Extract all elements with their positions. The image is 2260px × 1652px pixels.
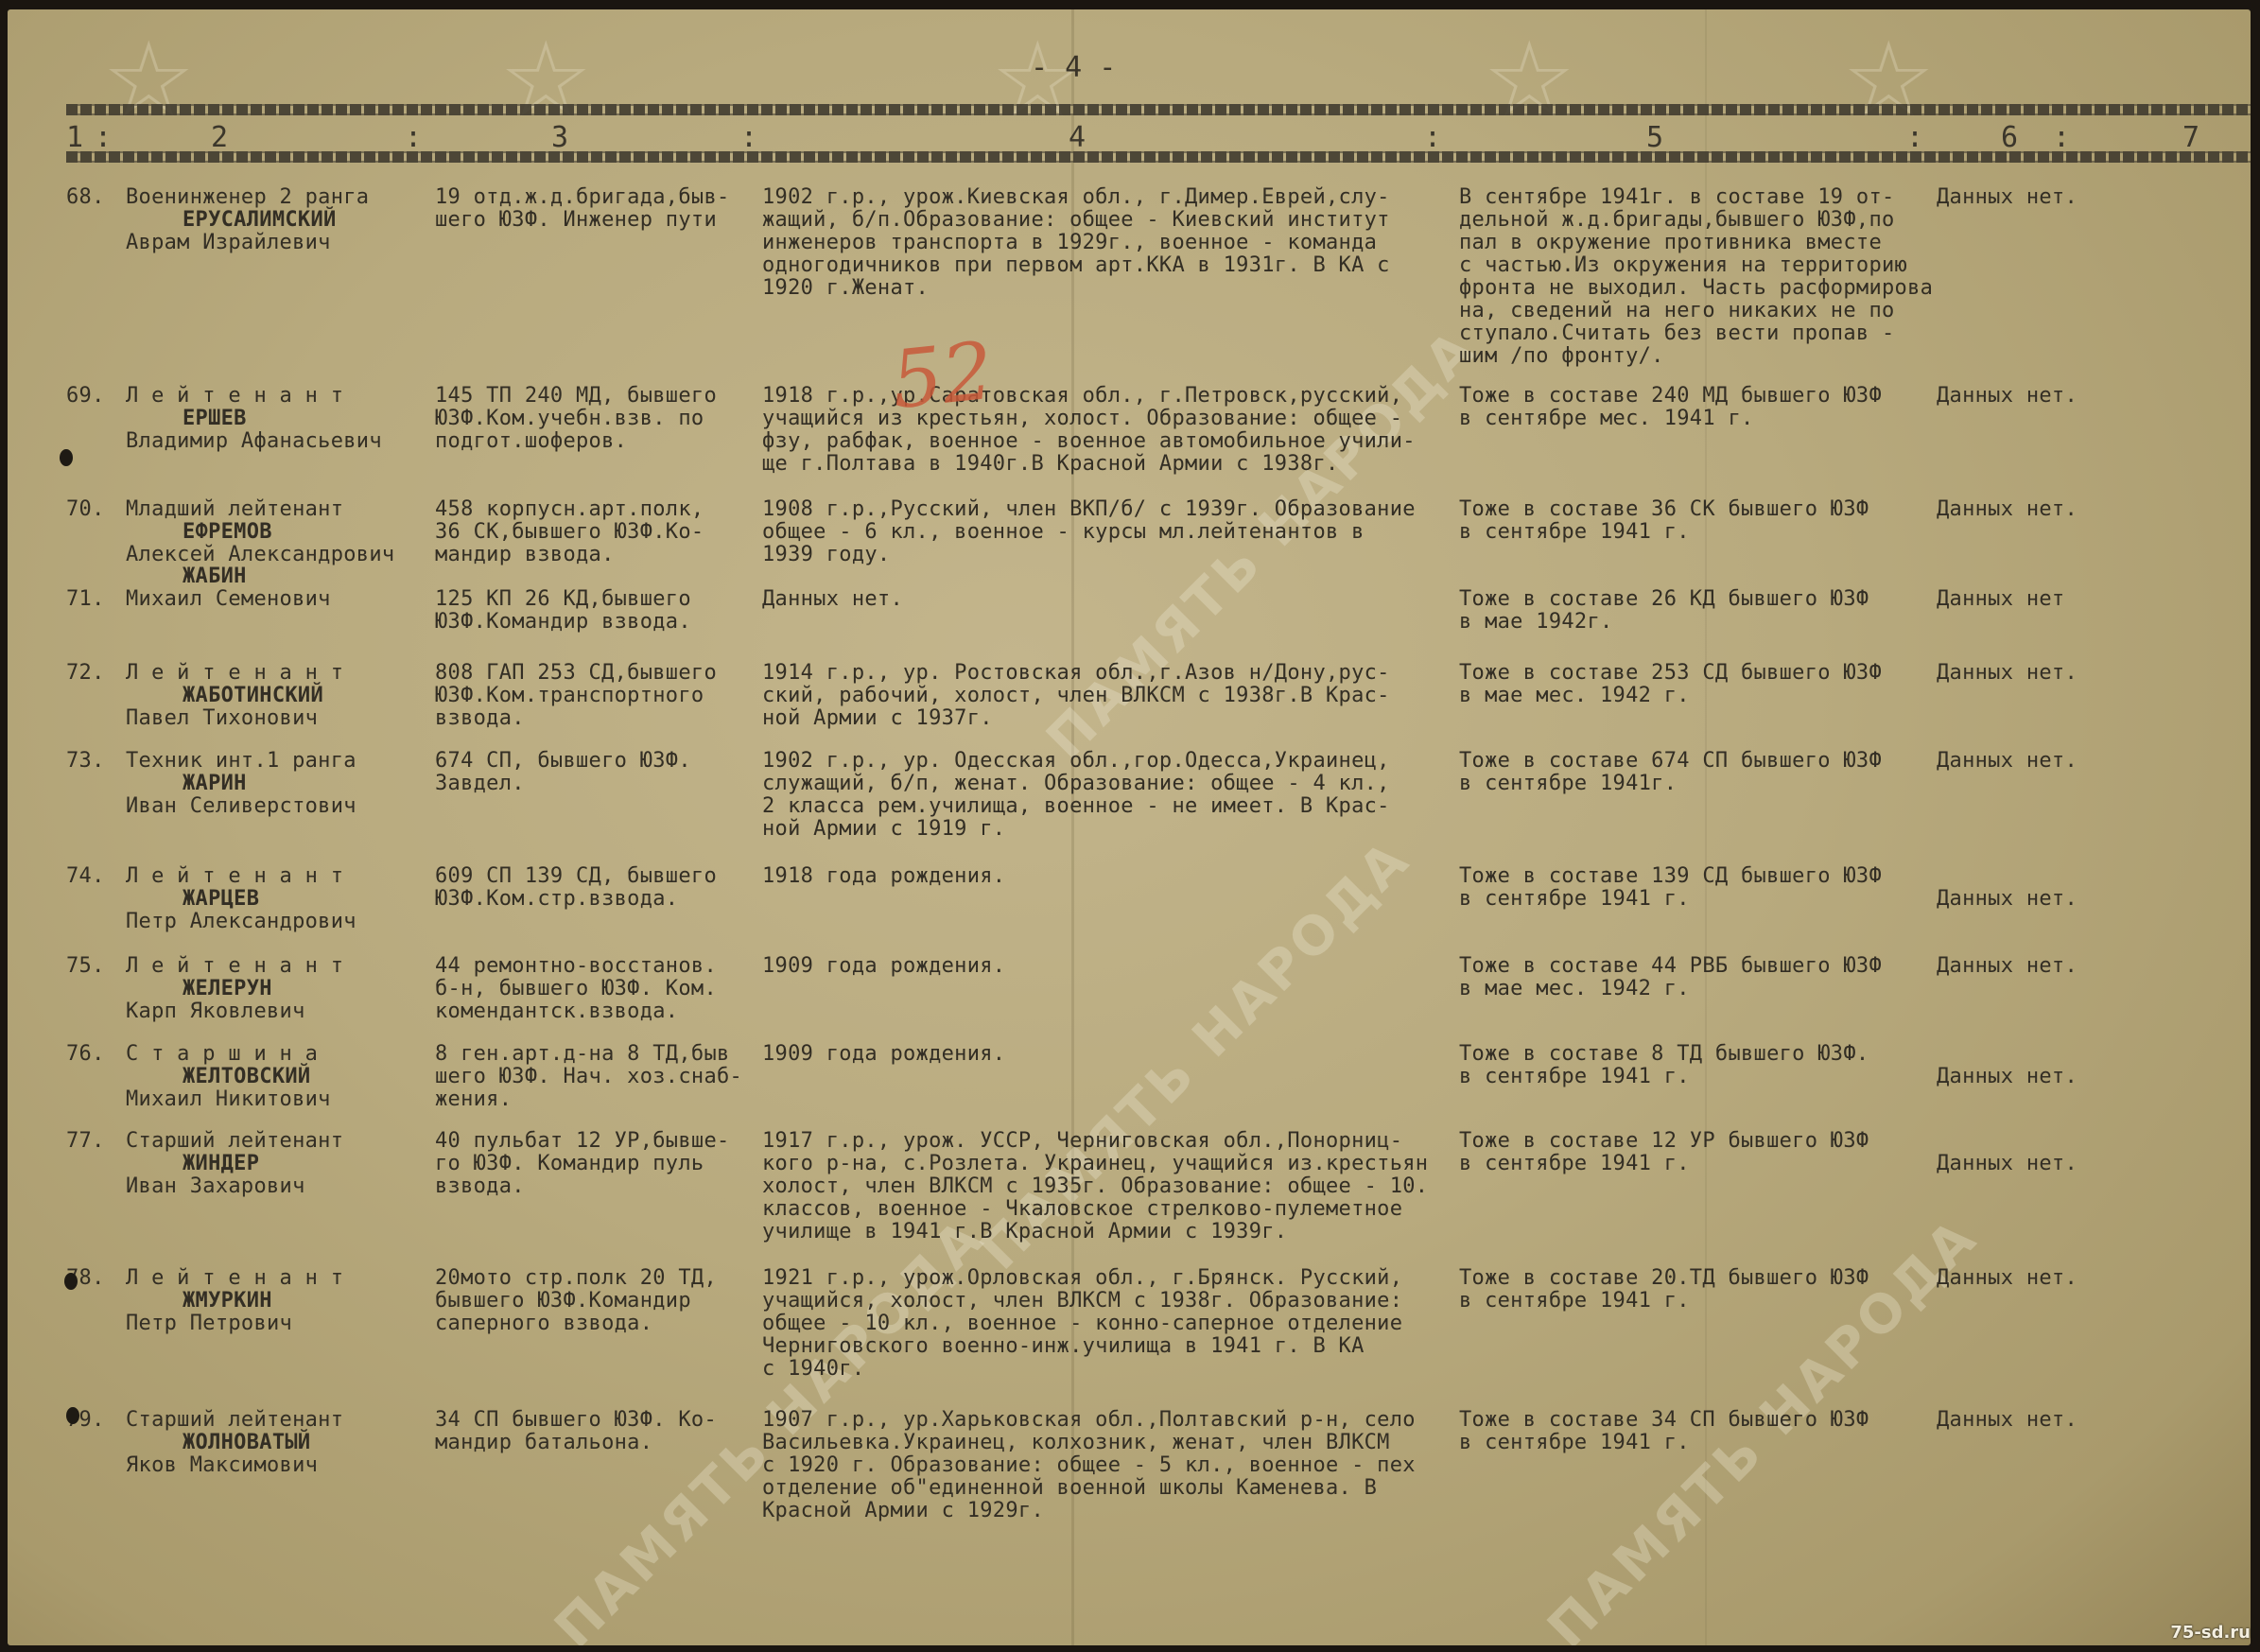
star-watermark-icon: ☆ (102, 19, 196, 140)
given-name: Аврам Израйлевич (126, 232, 369, 254)
person-cell: Старший лейтенантЖОЛНОВАТЫЙЯков Максимов… (126, 1409, 343, 1477)
row-number: 71. (66, 588, 105, 611)
unit-cell: 674 СП, бывшего ЮЗФ. Завдел. (435, 750, 691, 795)
kin-cell: Данных нет. (1937, 955, 2077, 978)
person-cell: С т а р ш и н аЖЕЛТОВСКИЙМихаил Никитови… (126, 1043, 331, 1111)
header-rule-bottom (66, 151, 2251, 163)
rank: Младший лейтенант (126, 497, 343, 521)
kin-cell: Данных нет. (1937, 662, 2077, 685)
rank: С т а р ш и н а (126, 1042, 318, 1066)
page-number: - 4 - (1031, 51, 1116, 84)
kin-cell: Данных нет. (1937, 498, 2077, 521)
bio-cell: 1918 г.р.,ур.Саратовская обл., г.Петровс… (762, 385, 1416, 476)
kin-cell: Данных нет. (1937, 1043, 2077, 1088)
rank: Л е й т е н а н т (126, 864, 343, 888)
given-name: Петр Александрович (126, 911, 356, 933)
rank: Л е й т е н а н т (126, 954, 343, 978)
column-separator: : (1424, 121, 1441, 154)
unit-cell: 8 ген.арт.д-на 8 ТД,быв шего ЮЗФ. Нач. х… (435, 1043, 742, 1111)
person-cell: Л е й т е н а н тЖЕЛЕРУНКарп Яковлевич (126, 955, 343, 1023)
column-header-2: 2 (211, 121, 228, 154)
fate-cell: Тоже в составе 139 СД бывшего ЮЗФ в сент… (1459, 865, 1882, 911)
star-watermark-icon: ☆ (1483, 19, 1576, 140)
column-separator: : (2053, 121, 2070, 154)
kin-cell: Данных нет. (1937, 865, 2077, 911)
kin-cell: Данных нет. (1937, 1409, 2077, 1432)
column-separator: : (95, 121, 112, 154)
unit-cell: 40 пульбат 12 УР,бывше- го ЮЗФ. Командир… (435, 1130, 730, 1198)
surname: ЖАБИН (126, 565, 331, 588)
fate-cell: Тоже в составе 34 СП бывшего ЮЗФ в сентя… (1459, 1409, 1869, 1454)
fate-cell: Тоже в составе 674 СП бывшего ЮЗФ в сент… (1459, 750, 1882, 795)
rank: Военинженер 2 ранга (126, 185, 369, 209)
punch-hole (66, 1407, 79, 1424)
unit-cell: 20мото стр.полк 20 ТД, бывшего ЮЗФ.Коман… (435, 1267, 717, 1335)
surname: ЕФРЕМОВ (126, 521, 394, 544)
surname: ЖИНДЕР (126, 1153, 343, 1175)
column-header-7: 7 (2182, 121, 2199, 154)
person-cell: Техник инт.1 рангаЖАРИНИван Селиверстови… (126, 750, 356, 818)
given-name: Алексей Александрович (126, 544, 394, 566)
bio-cell: 1917 г.р., урож. УССР, Черниговская обл.… (762, 1130, 1428, 1243)
kin-cell: Данных нет. (1937, 750, 2077, 773)
surname: ЖАРИН (126, 773, 356, 795)
bio-cell: 1909 года рождения. (762, 955, 1005, 978)
fate-cell: Тоже в составе 20.ТД бывшего ЮЗФ в сентя… (1459, 1267, 1869, 1313)
row-number: 72. (66, 662, 105, 685)
unit-cell: 34 СП бывшего ЮЗФ. Ко- мандир батальона. (435, 1409, 717, 1454)
rank: Старший лейтенант (126, 1408, 343, 1432)
header-rule-top (66, 104, 2251, 115)
kin-cell: Данных нет. (1937, 385, 2077, 408)
star-watermark-icon: ☆ (499, 19, 593, 140)
rank: Л е й т е н а н т (126, 384, 343, 408)
kin-cell: Данных нет. (1937, 1130, 2077, 1175)
bio-cell: 1908 г.р.,Русский, член ВКП/б/ с 1939г. … (762, 498, 1416, 566)
bio-cell: 1921 г.р., урож.Орловская обл., г.Брянск… (762, 1267, 1402, 1381)
punch-hole (64, 1273, 78, 1290)
person-cell: Младший лейтенантЕФРЕМОВАлексей Александ… (126, 498, 394, 566)
given-name: Петр Петрович (126, 1313, 343, 1335)
column-header-5: 5 (1646, 121, 1663, 154)
row-number: 69. (66, 385, 105, 408)
given-name: Владимир Афанасьевич (126, 430, 382, 453)
fate-cell: Тоже в составе 26 КД бывшего ЮЗФ в мае 1… (1459, 588, 1869, 634)
fate-cell: Тоже в составе 36 СК бывшего ЮЗФ в сентя… (1459, 498, 1869, 544)
surname: ЖМУРКИН (126, 1290, 343, 1313)
surname: ЖАРЦЕВ (126, 888, 356, 911)
punch-hole (60, 449, 73, 466)
surname: ЖАБОТИНСКИЙ (126, 685, 343, 707)
bio-cell: 1902 г.р., урож.Киевская обл., г.Димер.Е… (762, 186, 1390, 300)
person-cell: Л е й т е н а н тЖАРЦЕВПетр Александрови… (126, 865, 356, 933)
kin-cell: Данных нет. (1937, 186, 2077, 209)
rank: Л е й т е н а н т (126, 661, 343, 685)
fate-cell: В сентябре 1941г. в составе 19 от- дельн… (1428, 186, 1933, 368)
row-number: 68. (66, 186, 105, 209)
unit-cell: 609 СП 139 СД, бывшего ЮЗФ.Ком.стр.взвод… (435, 865, 717, 911)
given-name: Михаил Никитович (126, 1088, 331, 1111)
kin-cell: Данных нет (1937, 588, 2064, 611)
rank: Л е й т е н а н т (126, 1266, 343, 1290)
fate-cell: Тоже в составе 240 МД бывшего ЮЗФ в сент… (1459, 385, 1882, 430)
column-separator: : (1906, 121, 1923, 154)
surname: ЖОЛНОВАТЫЙ (126, 1432, 343, 1454)
red-pencil-annotation: 52 (887, 324, 998, 427)
unit-cell: 44 ремонтно-восстанов. б-н, бывшего ЮЗФ.… (435, 955, 717, 1023)
person-cell: Военинженер 2 рангаЕРУСАЛИМСКИЙАврам Изр… (126, 186, 369, 254)
row-number: 70. (66, 498, 105, 521)
fate-cell: Тоже в составе 253 СД бывшего ЮЗФ в мае … (1459, 662, 1882, 707)
person-cell: Л е й т е н а н тЖАБОТИНСКИЙПавел Тихоно… (126, 662, 343, 730)
surname: ЖЕЛТОВСКИЙ (126, 1066, 331, 1088)
given-name: Яков Максимович (126, 1454, 343, 1477)
surname: ЖЕЛЕРУН (126, 978, 343, 1000)
column-header-3: 3 (551, 121, 568, 154)
row-number: 74. (66, 865, 105, 888)
unit-cell: 125 КП 26 КД,бывшего ЮЗФ.Командир взвода… (435, 588, 691, 634)
column-separator: : (740, 121, 757, 154)
fate-cell: Тоже в составе 8 ТД бывшего ЮЗФ. в сентя… (1459, 1043, 1869, 1088)
column-header-1: 1 (66, 121, 83, 154)
column-separator: : (405, 121, 422, 154)
archive-document-page: ☆ ☆ ☆ ☆ ☆ ПАМЯТЬ НАРОДА ПАМЯТЬ НАРОДА ПА… (8, 9, 2251, 1645)
row-number: 77. (66, 1130, 105, 1153)
given-name: Павел Тихонович (126, 707, 343, 730)
row-number: 73. (66, 750, 105, 773)
person-cell: Л е й т е н а н тЖМУРКИНПетр Петрович (126, 1267, 343, 1335)
given-name: Михаил Семенович (126, 588, 331, 611)
unit-cell: 145 ТП 240 МД, бывшего ЮЗФ.Ком.учебн.взв… (435, 385, 717, 453)
bio-cell: 1914 г.р., ур. Ростовская обл.,г.Азов н/… (762, 662, 1390, 730)
bio-cell: 1909 года рождения. (762, 1043, 1005, 1066)
person-cell: ЖАБИНМихаил Семенович (126, 588, 331, 611)
person-cell: Л е й т е н а н тЕРШЕВВладимир Афанасьев… (126, 385, 382, 453)
rank: Техник инт.1 ранга (126, 749, 356, 773)
fate-cell: Тоже в составе 12 УР бывшего ЮЗФ в сентя… (1459, 1130, 1869, 1175)
surname: ЕРШЕВ (126, 408, 382, 430)
given-name: Карп Яковлевич (126, 1000, 343, 1023)
given-name: Иван Селиверстович (126, 795, 356, 818)
kin-cell: Данных нет. (1937, 1267, 2077, 1290)
bio-cell: Данных нет. (762, 588, 903, 611)
given-name: Иван Захарович (126, 1175, 343, 1198)
bio-cell: 1902 г.р., ур. Одесская обл.,гор.Одесса,… (762, 750, 1390, 841)
fate-cell: Тоже в составе 44 РВБ бывшего ЮЗФ в мае … (1459, 955, 1882, 1000)
row-number: 75. (66, 955, 105, 978)
site-watermark-tag: 75-sd.ru (2170, 1623, 2251, 1643)
column-header-6: 6 (2001, 121, 2018, 154)
unit-cell: 808 ГАП 253 СД,бывшего ЮЗФ.Ком.транспорт… (435, 662, 717, 730)
rank: Старший лейтенант (126, 1129, 343, 1153)
surname: ЕРУСАЛИМСКИЙ (126, 209, 369, 232)
unit-cell: 458 корпусн.арт.полк, 36 СК,бывшего ЮЗФ.… (435, 498, 704, 566)
column-header-4: 4 (1069, 121, 1086, 154)
person-cell: Старший лейтенантЖИНДЕРИван Захарович (126, 1130, 343, 1198)
bio-cell: 1907 г.р., ур.Харьковская обл.,Полтавски… (762, 1409, 1416, 1522)
unit-cell: 19 отд.ж.д.бригада,быв- шего ЮЗФ. Инжене… (435, 186, 730, 232)
bio-cell: 1918 года рождения. (762, 865, 1005, 888)
row-number: 76. (66, 1043, 105, 1066)
